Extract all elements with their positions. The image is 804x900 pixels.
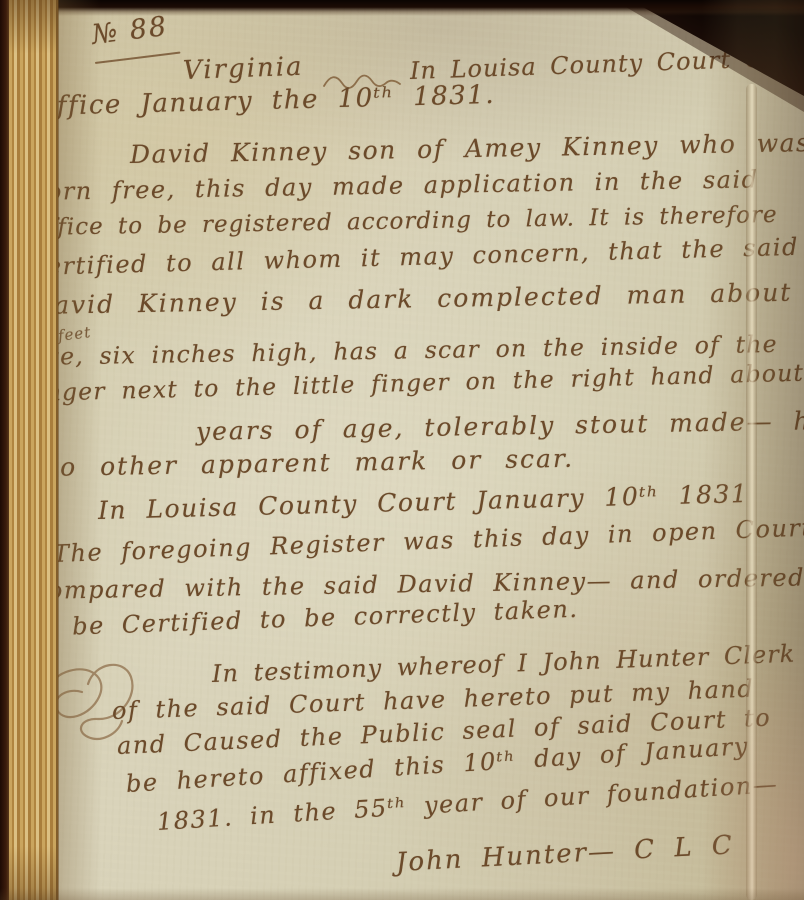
certificate-line: years of age, tolerably stout made— has [196,406,804,446]
certificate-line: David Kinney son of Amey Kinney who was [130,128,804,169]
court-order-line: Compared with the said David Kinney— and… [28,563,804,605]
certificate-line: Office to be registered according to law… [28,202,778,241]
heading-office-date: Office January the 10ᵗʰ 1831. [34,80,496,122]
clerk-signature: John Hunter— C L C [395,830,734,878]
heading-clerk-office: In Louisa County Court Clerks [410,42,804,85]
certificate-line: Certified to all whom it may concern, th… [27,233,800,281]
entry-number: № 88 [90,11,170,51]
heading-state: Virginia [182,52,304,86]
page-bottom-shadow [0,888,804,900]
register-book-page: № 88 Virginia In Louisa County Court Cle… [0,0,804,900]
certificate-line: no other apparent mark or scar. [42,444,575,482]
book-top-edge [0,0,804,16]
entry-number-underline [95,52,181,64]
certificate-line: born free, this day made application in … [30,165,759,206]
margin-bleedthrough-marks [4,108,34,808]
certificate-line: David Kinney is a dark complected man ab… [32,278,793,320]
